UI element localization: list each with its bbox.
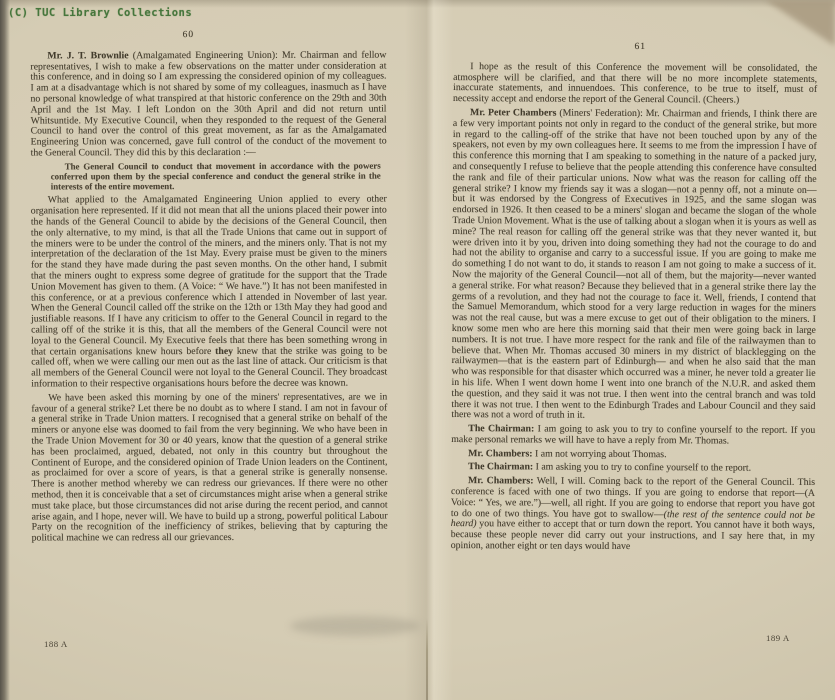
paragraph-text: What applied to the Amalgamated Engineer… bbox=[31, 194, 387, 357]
page-footer-left: 188 A bbox=[44, 639, 68, 649]
page-left: 60 Mr. J. T. Brownlie (Amalgamated Engin… bbox=[30, 30, 387, 548]
paragraph-text: (Amalgamated Engineering Union): Mr. Cha… bbox=[30, 49, 386, 158]
scan-left-edge bbox=[0, 0, 10, 700]
paragraph-chairman-2: The Chairman: I am asking you to try to … bbox=[451, 463, 815, 476]
page-gutter-shadow bbox=[405, 0, 453, 700]
speaker-name-chambers: Mr. Chambers: bbox=[468, 475, 533, 486]
page-seam-crease bbox=[426, 618, 428, 700]
scan-smudge bbox=[290, 616, 420, 636]
paragraph-text: I am asking you to try to confine yourse… bbox=[536, 462, 752, 474]
page-footer-right: 189 A bbox=[766, 633, 790, 643]
speaker-name-chairman: The Chairman: bbox=[468, 462, 533, 473]
paragraph-chambers-reply: Mr. Chambers: I am not worrying about Th… bbox=[451, 449, 815, 462]
speaker-name-chambers: Mr. Peter Chambers bbox=[470, 107, 557, 118]
copyright-watermark: (C) TUC Library Collections bbox=[8, 7, 192, 19]
paragraph-text: I am not worrying about Thomas. bbox=[535, 448, 667, 460]
speaker-name-chairman: The Chairman: bbox=[468, 423, 534, 434]
page-right: 61 I hope as the result of this Conferen… bbox=[451, 41, 818, 557]
paragraph-text: (Miners' Federation): Mr. Chairman and f… bbox=[451, 108, 817, 421]
paragraph-chairman-1: The Chairman: I am going to ask you to t… bbox=[451, 424, 815, 447]
page-number-left: 60 bbox=[30, 30, 386, 42]
paragraph-text: you have either to accept that or turn d… bbox=[451, 519, 815, 552]
scanned-book-spread: (C) TUC Library Collections 60 Mr. J. T.… bbox=[0, 0, 835, 700]
speaker-name-brownlie: Mr. J. T. Brownlie bbox=[47, 50, 128, 61]
declaration-blockquote: The General Council to conduct that move… bbox=[31, 161, 387, 192]
paragraph-general-strike-view: We have been asked this morning by one o… bbox=[31, 392, 387, 544]
page-number-right: 61 bbox=[453, 41, 817, 54]
paragraph-conference-hope: I hope as the result of this Conference … bbox=[453, 62, 817, 107]
speaker-name-chambers: Mr. Chambers: bbox=[468, 448, 532, 459]
paragraph-what-applied: What applied to the Amalgamated Engineer… bbox=[31, 195, 388, 390]
page-corner-shadow bbox=[765, 0, 835, 46]
paragraph-chambers: Mr. Peter Chambers (Miners' Federation):… bbox=[451, 108, 817, 423]
paragraph-brownlie: Mr. J. T. Brownlie (Amalgamated Engineer… bbox=[30, 50, 386, 159]
paragraph-chambers-closing: Mr. Chambers: Well, I will. Coming back … bbox=[451, 476, 815, 553]
